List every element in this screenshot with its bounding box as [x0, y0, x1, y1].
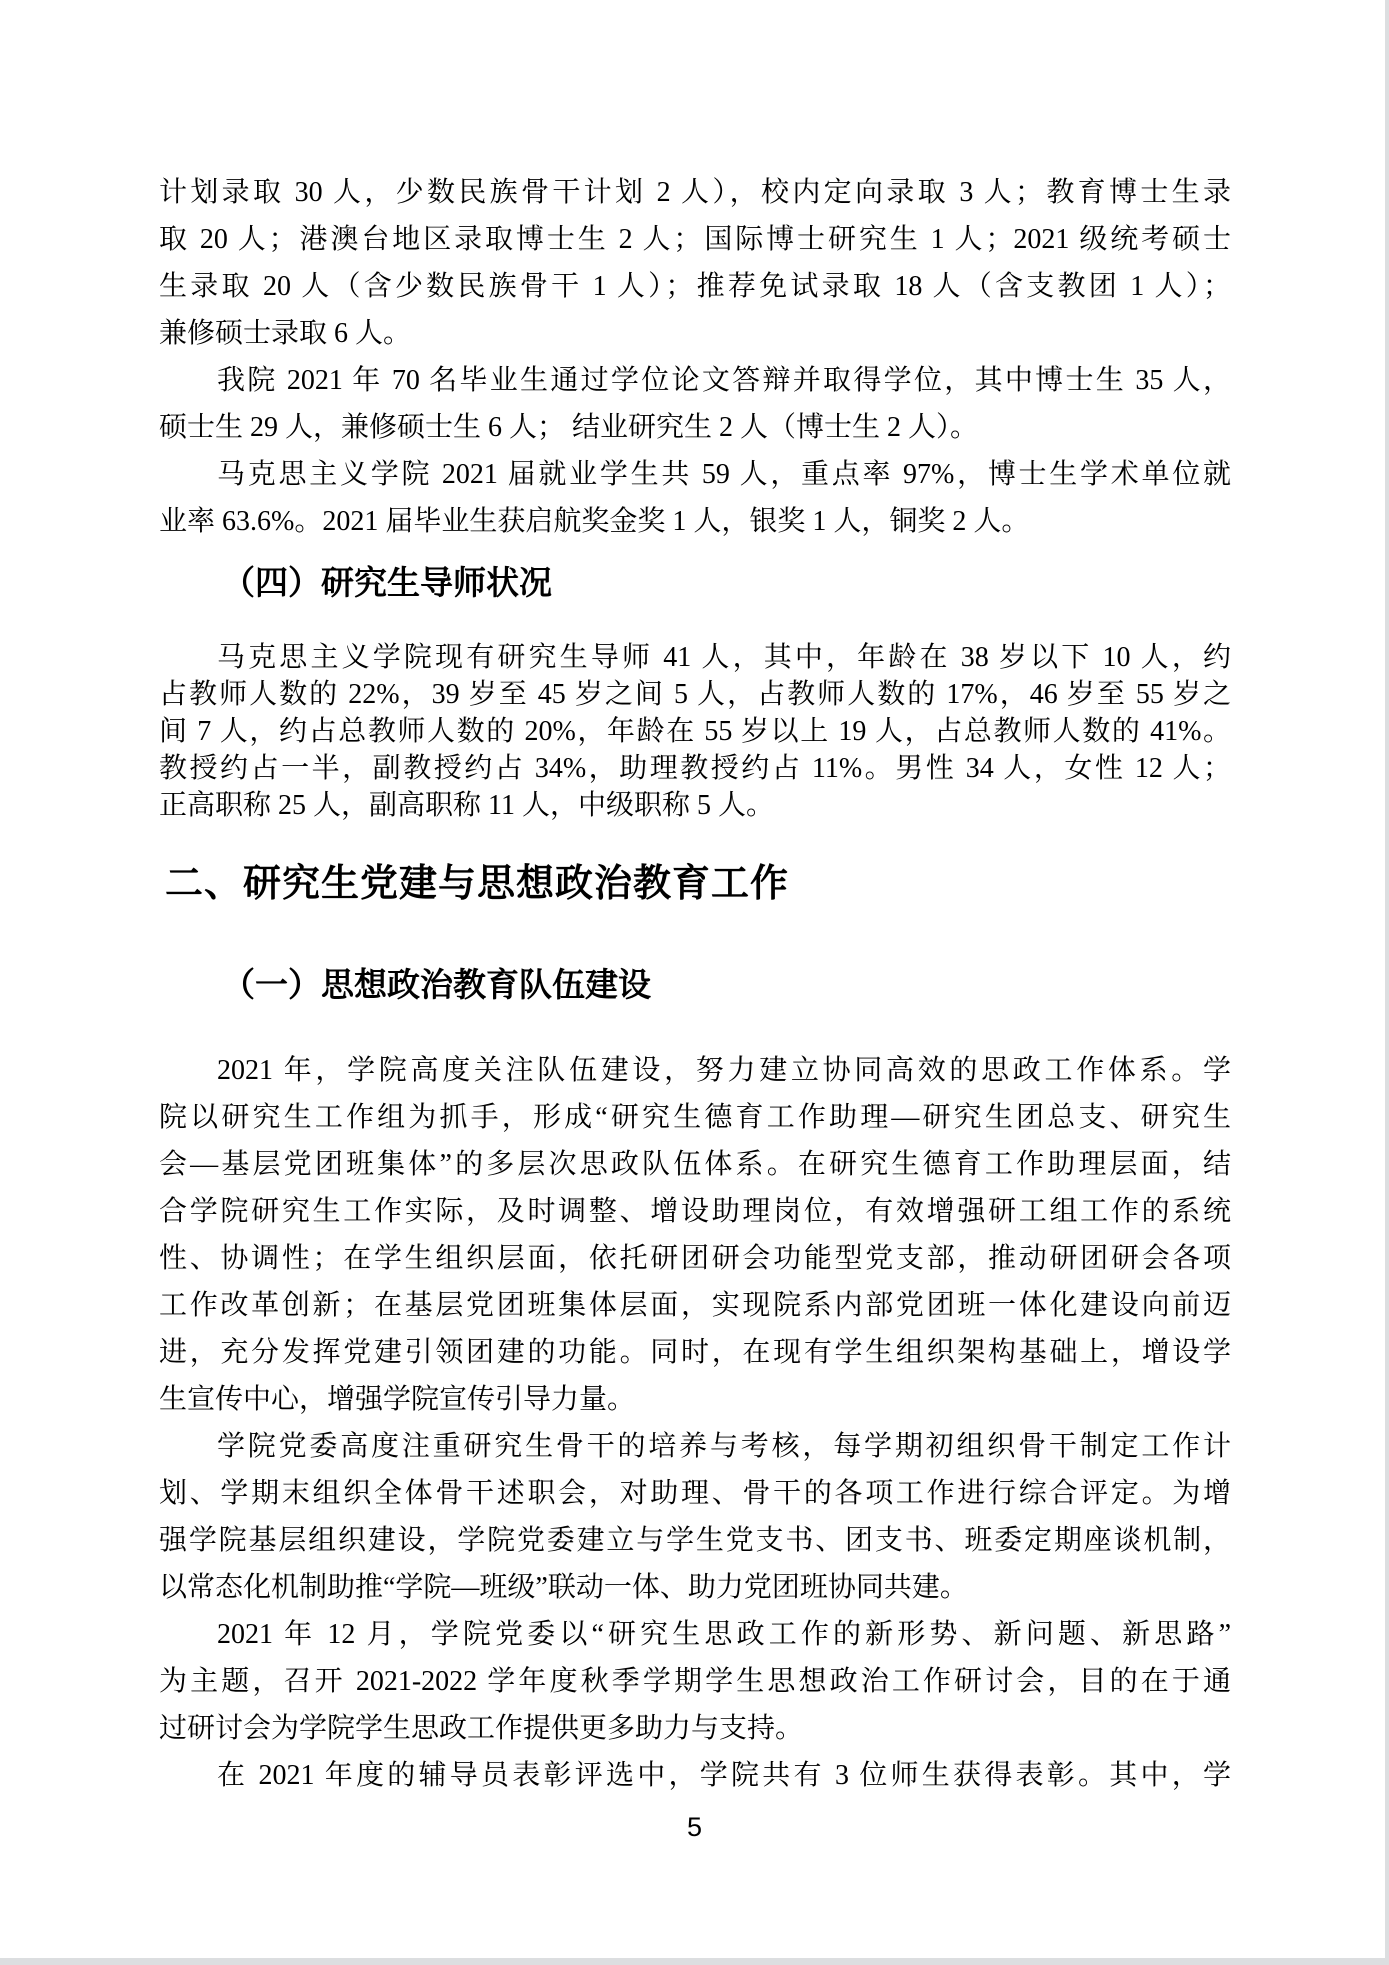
text-line: 占教师人数的 22%，39 岁至 45 岁之间 5 人，占教师人数的 17%，4…: [159, 676, 1231, 713]
paragraph-seminar: 2021 年 12 月，学院党委以“研究生思政工作的新形势、新问题、新思路”为主…: [159, 1611, 1231, 1752]
text-line: 马克思主义学院现有研究生导师 41 人，其中，年龄在 38 岁以下 10 人，约: [159, 639, 1231, 676]
paragraph-employment: 马克思主义学院 2021 届就业学生共 59 人，重点率 97%，博士生学术单位…: [159, 451, 1231, 545]
text-line: 院以研究生工作组为抓手，形成“研究生德育工作助理—研究生团总支、研究生: [159, 1094, 1231, 1141]
text-line: 以常态化机制助推“学院—班级”联动一体、助力党团班协同共建。: [159, 1564, 1231, 1611]
text-line: 兼修硕士录取 6 人。: [159, 310, 1231, 357]
text-line: 2021 年 12 月，学院党委以“研究生思政工作的新形势、新问题、新思路”: [159, 1611, 1231, 1658]
page-edge-bottom: [0, 1958, 1389, 1965]
text-line: 生宣传中心，增强学院宣传引导力量。: [159, 1376, 1231, 1423]
paragraph-counselor-awards: 在 2021 年度的辅导员表彰评选中，学院共有 3 位师生获得表彰。其中，学: [159, 1752, 1231, 1799]
text-line: 业率 63.6%。2021 届毕业生获启航奖金奖 1 人，银奖 1 人，铜奖 2…: [159, 498, 1231, 545]
text-line: 会—基层党团班集体”的多层次思政队伍体系。在研究生德育工作助理层面，结: [159, 1141, 1231, 1188]
text-line: 2021 年，学院高度关注队伍建设，努力建立协同高效的思政工作体系。学: [159, 1047, 1231, 1094]
paragraph-supervisor-stats: 马克思主义学院现有研究生导师 41 人，其中，年龄在 38 岁以下 10 人，约…: [159, 639, 1231, 824]
text-line: 生录取 20 人（含少数民族骨干 1 人）；推荐免试录取 18 人（含支教团 1…: [159, 263, 1231, 310]
paragraph-admissions-continued: 计划录取 30 人，少数民族骨干计划 2 人），校内定向录取 3 人；教育博士生…: [159, 169, 1231, 357]
text-line: 我院 2021 年 70 名毕业生通过学位论文答辩并取得学位，其中博士生 35 …: [159, 357, 1231, 404]
text-line: 计划录取 30 人，少数民族骨干计划 2 人），校内定向录取 3 人；教育博士生…: [159, 169, 1231, 216]
text-line: 硕士生 29 人，兼修硕士生 6 人； 结业研究生 2 人（博士生 2 人）。: [159, 404, 1231, 451]
text-line: 马克思主义学院 2021 届就业学生共 59 人，重点率 97%，博士生学术单位…: [159, 451, 1231, 498]
text-line: 划、学期末组织全体骨干述职会，对助理、骨干的各项工作进行综合评定。为增: [159, 1470, 1231, 1517]
text-line: 合学院研究生工作实际，及时调整、增设助理岗位，有效增强研工组工作的系统: [159, 1188, 1231, 1235]
paragraph-team-building: 2021 年，学院高度关注队伍建设，努力建立协同高效的思政工作体系。学院以研究生…: [159, 1047, 1231, 1423]
text-line: 教授约占一半，副教授约占 34%，助理教授约占 11%。男性 34 人，女性 1…: [159, 750, 1231, 787]
page-number: 5: [0, 1812, 1389, 1843]
text-line: 学院党委高度注重研究生骨干的培养与考核，每学期初组织骨干制定工作计: [159, 1423, 1231, 1470]
heading-party-building: 二、研究生党建与思想政治教育工作: [165, 859, 1231, 909]
text-line: 间 7 人，约占总教师人数的 20%，年龄在 55 岁以上 19 人，占总教师人…: [159, 713, 1231, 750]
document-page: 计划录取 30 人，少数民族骨干计划 2 人），校内定向录取 3 人；教育博士生…: [0, 0, 1389, 1965]
document-body: 计划录取 30 人，少数民族骨干计划 2 人），校内定向录取 3 人；教育博士生…: [159, 169, 1231, 1799]
text-line: 进，充分发挥党建引领团建的功能。同时，在现有学生组织架构基础上，增设学: [159, 1329, 1231, 1376]
heading-supervisor-status: （四）研究生导师状况: [222, 560, 1231, 606]
text-line: 正高职称 25 人，副高职称 11 人，中级职称 5 人。: [159, 787, 1231, 824]
heading-ideological-team: （一）思想政治教育队伍建设: [222, 962, 1231, 1008]
text-line: 强学院基层组织建设，学院党委建立与学生党支书、团支书、班委定期座谈机制，: [159, 1517, 1231, 1564]
text-line: 性、协调性；在学生组织层面，依托研团研会功能型党支部，推动研团研会各项: [159, 1235, 1231, 1282]
page-edge-right: [1385, 0, 1389, 1965]
paragraph-cadre-training: 学院党委高度注重研究生骨干的培养与考核，每学期初组织骨干制定工作计划、学期末组织…: [159, 1423, 1231, 1611]
text-line: 在 2021 年度的辅导员表彰评选中，学院共有 3 位师生获得表彰。其中，学: [159, 1752, 1231, 1799]
paragraph-graduates-degrees: 我院 2021 年 70 名毕业生通过学位论文答辩并取得学位，其中博士生 35 …: [159, 357, 1231, 451]
text-line: 为主题，召开 2021-2022 学年度秋季学期学生思想政治工作研讨会，目的在于…: [159, 1658, 1231, 1705]
text-line: 工作改革创新；在基层党团班集体层面，实现院系内部党团班一体化建设向前迈: [159, 1282, 1231, 1329]
text-line: 取 20 人；港澳台地区录取博士生 2 人；国际博士研究生 1 人；2021 级…: [159, 216, 1231, 263]
text-line: 过研讨会为学院学生思政工作提供更多助力与支持。: [159, 1705, 1231, 1752]
